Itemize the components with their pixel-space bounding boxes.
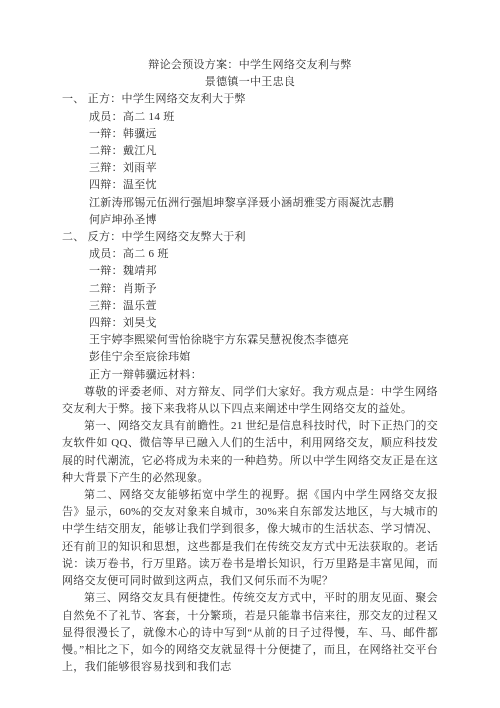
pro-debater-2: 二辩：戴江凡 [89,143,438,160]
con-debater-4: 四辩：刘昊戈 [89,315,438,332]
pro-team-members-line-1: 江新涛邢锡元伍洲行强旭坤黎享泽聂小涵胡雅雯方雨凝沈志鹏 [89,195,438,212]
speech-paragraph-3: 第二、网络交友能够拓宽中学生的视野。据《国内中学生网络交友报告》显示，60%的交… [62,487,438,590]
document-title: 辩论会预设方案：中学生网络交友利与弊 [62,57,438,74]
pro-side-heading: 一、 正方：中学生网络交友利大于弊 [62,91,438,108]
con-debater-2: 二辩：肖斯予 [89,281,438,298]
con-side-heading: 二、 反方：中学生网络交友弊大于利 [62,229,438,246]
pro-debater-4: 四辩：温至忱 [89,177,438,194]
con-team-members-line-2: 彭佳宁余至宸徐玮婠 [89,349,438,366]
speech-paragraph-1: 尊敬的评委老师、对方辩友、同学们大家好。我方观点是：中学生网络交友利大于弊。接下… [62,384,438,418]
document-content: 辩论会预设方案：中学生网络交友利与弊 景德镇一中王忠良 一、 正方：中学生网络交… [62,57,438,676]
con-team-members-line-1: 王宇婷李熙梁何雪怡徐晓宇方东霖吴慧祝俊杰李德亮 [89,332,438,349]
con-debater-3: 三辩：温乐萱 [89,298,438,315]
speech-paragraph-4: 第三、网络交友具有便捷性。传统交友方式中，平时的朋友见面、聚会自然免不了礼节、客… [62,590,438,676]
pro-members-label: 成员：高二 14 班 [89,109,438,126]
con-debater-1: 一辩：魏靖邦 [89,263,438,280]
material-heading: 正方一辩韩骥远材料： [89,367,438,384]
author-line: 景德镇一中王忠良 [62,74,438,91]
pro-debater-3: 三辩：刘雨苹 [89,160,438,177]
pro-debater-1: 一辩：韩骥远 [89,126,438,143]
document-page: 辩论会预设方案：中学生网络交友利与弊 景德镇一中王忠良 一、 正方：中学生网络交… [0,0,500,708]
con-members-label: 成员：高二 6 班 [89,246,438,263]
pro-team-members-line-2: 何庐坤孙圣博 [89,212,438,229]
speech-paragraph-2: 第一、网络交友具有前瞻性。21 世纪是信息科技时代，时下正热门的交友软件如 QQ… [62,418,438,487]
